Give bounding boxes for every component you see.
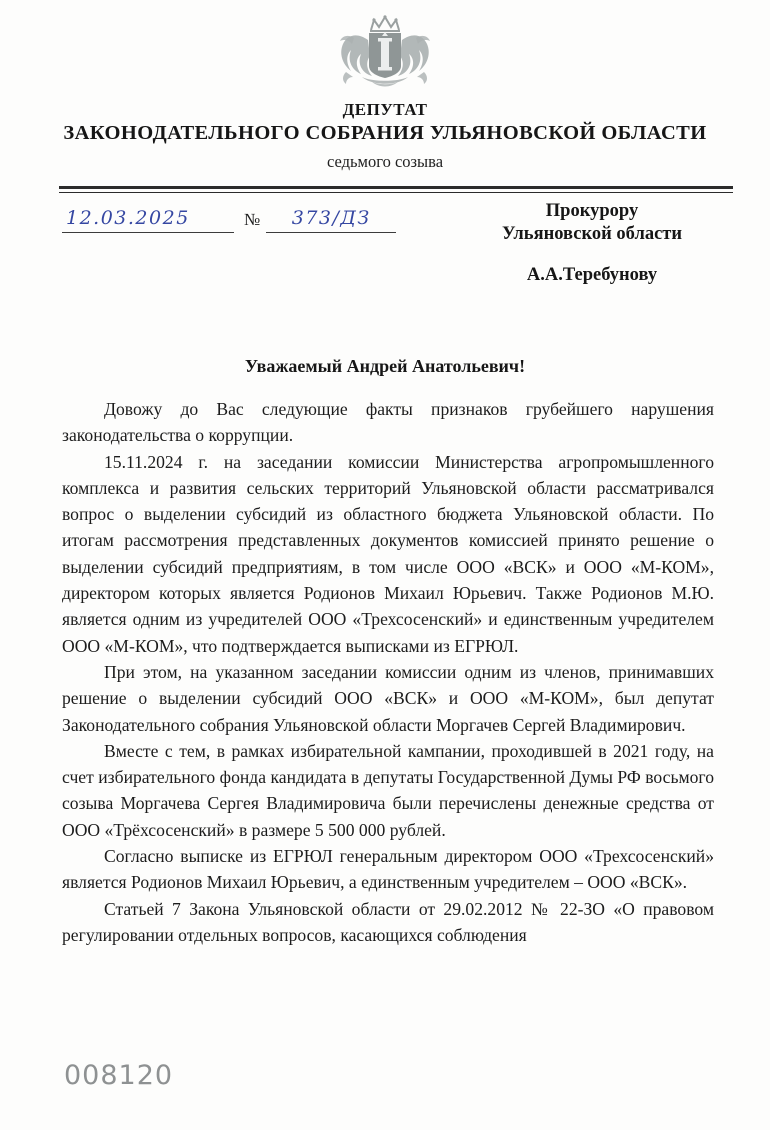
letterhead-divider-rule (59, 186, 733, 193)
recipient-position: Прокурору (462, 200, 722, 223)
paragraph-2: 15.11.2024 г. на заседании комиссии Мини… (62, 449, 714, 659)
letterhead-title: ДЕПУТАТ (0, 100, 770, 120)
handwritten-date: 12.03.2025 (66, 207, 190, 229)
paragraph-3: При этом, на указанном заседании комисси… (62, 659, 714, 738)
salutation: Уважаемый Андрей Анатольевич! (0, 356, 770, 377)
coat-of-arms-emblem (324, 14, 446, 98)
scanned-letter-page: ДЕПУТАТ ЗАКОНОДАТЕЛЬНОГО СОБРАНИЯ УЛЬЯНО… (0, 0, 770, 1130)
recipient-region: Ульяновской области (462, 223, 722, 246)
recipient-name: А.А.Теребунову (462, 265, 722, 286)
date-field: 12.03.2025 (62, 207, 234, 233)
number-sign: № (234, 210, 266, 233)
letter-body: Довожу до Вас следующие факты признаков … (62, 396, 714, 948)
paragraph-6: Статьей 7 Закона Ульяновской области от … (62, 896, 714, 949)
handwritten-outgoing-number: 373/ДЗ (292, 207, 371, 229)
reference-line: 12.03.2025 № 373/ДЗ (62, 207, 396, 233)
letterhead-convocation: седьмого созыва (0, 152, 770, 172)
outgoing-number-field: 373/ДЗ (266, 207, 396, 233)
recipient-block: Прокурору Ульяновской области (462, 200, 722, 246)
letterhead-organization: ЗАКОНОДАТЕЛЬНОГО СОБРАНИЯ УЛЬЯНОВСКОЙ ОБ… (0, 122, 770, 145)
paragraph-1: Довожу до Вас следующие факты признаков … (62, 396, 714, 449)
paragraph-5: Согласно выписке из ЕГРЮЛ генеральным ди… (62, 843, 714, 896)
paragraph-4: Вместе с тем, в рамках избирательной кам… (62, 738, 714, 843)
registration-stamp-number: 008120 (64, 1060, 173, 1091)
